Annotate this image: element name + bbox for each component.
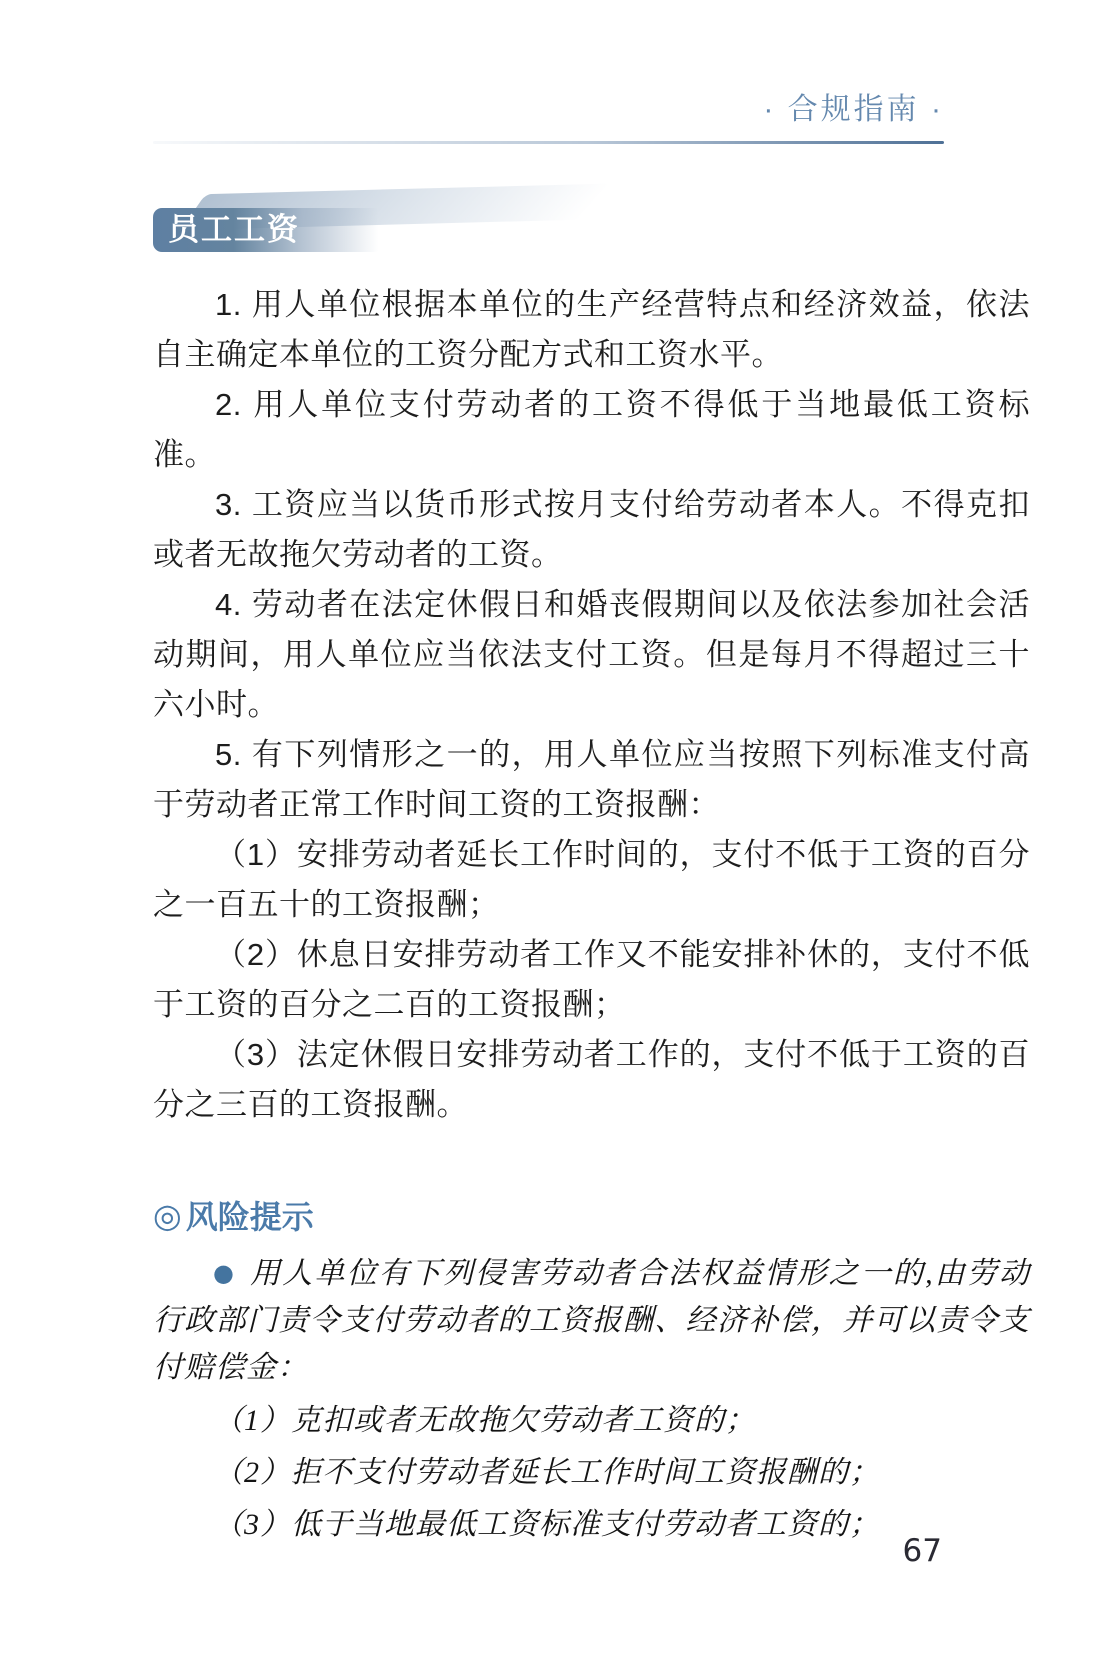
body-subitem: （2）休息日安排劳动者工作又不能安排补休的，支付不低于工资的百分之二百的工资报酬… (153, 930, 1030, 1030)
bullet-icon: ● (213, 1259, 236, 1287)
page-header: · 合规指南 · (153, 0, 944, 144)
page-number: 67 (903, 1533, 942, 1569)
section-body: 1. 用人单位根据本单位的生产经营特点和经济效益，依法自主确定本单位的工资分配方… (153, 280, 1030, 1130)
body-paragraph: 3. 工资应当以货币形式按月支付给劳动者本人。不得克扣或者无故拖欠劳动者的工资。 (153, 480, 1030, 580)
double-circle-icon: ◎ (153, 1196, 182, 1235)
section-badge: 员工工资 (153, 204, 1102, 250)
running-head: · 合规指南 · (153, 84, 944, 128)
risk-item: （3）低于当地最低工资标准支付劳动者工资的； (153, 1502, 1030, 1547)
risk-title-text: 风险提示 (186, 1192, 314, 1238)
section-badge-label: 员工工资 (153, 208, 383, 252)
risk-intro-paragraph: ●用人单位有下列侵害劳动者合法权益情形之一的,由劳动行政部门责令支付劳动者的工资… (153, 1250, 1030, 1391)
body-paragraph: 2. 用人单位支付劳动者的工资不得低于当地最低工资标准。 (153, 380, 1030, 480)
document-page: · 合规指南 · 员工工资 1. 用人单位根据本单位的生产经营特点和经济效益，依… (0, 0, 1102, 1654)
body-paragraph: 1. 用人单位根据本单位的生产经营特点和经济效益，依法自主确定本单位的工资分配方… (153, 280, 1030, 380)
body-paragraph: 5. 有下列情形之一的，用人单位应当按照下列标准支付高于劳动者正常工作时间工资的… (153, 730, 1030, 830)
risk-section: ◎ 风险提示 ●用人单位有下列侵害劳动者合法权益情形之一的,由劳动行政部门责令支… (153, 1192, 1030, 1547)
header-rule (153, 141, 944, 144)
body-subitem: （3）法定休假日安排劳动者工作的，支付不低于工资的百分之三百的工资报酬。 (153, 1030, 1030, 1130)
body-paragraph: 4. 劳动者在法定休假日和婚丧假期间以及依法参加社会活动期间，用人单位应当依法支… (153, 580, 1030, 730)
body-subitem: （1）安排劳动者延长工作时间的，支付不低于工资的百分之一百五十的工资报酬； (153, 830, 1030, 930)
risk-item: （2）拒不支付劳动者延长工作时间工资报酬的； (153, 1450, 1030, 1495)
risk-section-title: ◎ 风险提示 (153, 1192, 1030, 1238)
risk-item: （1）克扣或者无故拖欠劳动者工资的； (153, 1398, 1030, 1443)
risk-intro-text: 用人单位有下列侵害劳动者合法权益情形之一的,由劳动行政部门责令支付劳动者的工资报… (153, 1257, 1030, 1384)
